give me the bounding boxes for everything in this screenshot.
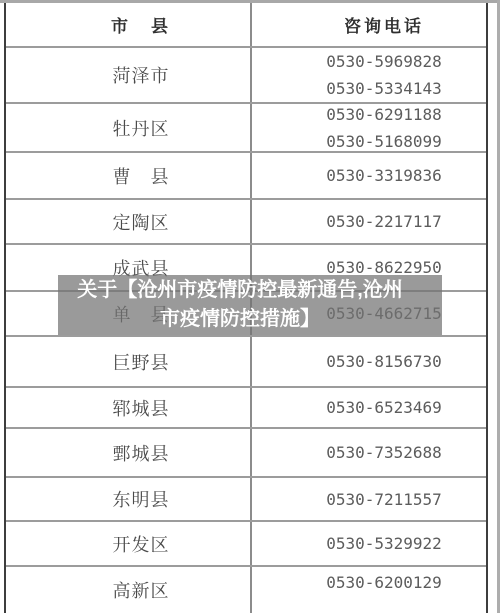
phone-numbers: 0530-3319836: [252, 153, 486, 198]
table-row: 高新区0530-6200129: [6, 567, 486, 613]
phone-number: 0530-8156730: [326, 348, 442, 375]
phone-numbers: 0530-7211557: [252, 478, 486, 520]
phone-number: 0530-5334143: [326, 75, 442, 102]
table-header-row: 市 县 咨询电话: [6, 3, 486, 48]
county-name: 菏泽市: [6, 48, 252, 102]
phone-numbers: 0530-59698280530-5334143: [252, 48, 486, 102]
phone-number: 0530-5168099: [326, 128, 442, 155]
phone-number: 0530-7211557: [326, 486, 442, 513]
phone-numbers: 0530-2217117: [252, 200, 486, 243]
county-name: 东明县: [6, 478, 252, 520]
table-row: 牡丹区0530-62911880530-5168099: [6, 104, 486, 153]
table-row: 东明县0530-7211557: [6, 478, 486, 522]
county-name: 郓城县: [6, 388, 252, 427]
county-name: 巨野县: [6, 337, 252, 386]
county-name: 鄄城县: [6, 429, 252, 476]
caption-line-1: 关于【沧州市疫情防控最新通告,沧州: [77, 276, 403, 305]
phone-number: 0530-2217117: [326, 208, 442, 235]
phone-numbers: 0530-62911880530-5168099: [252, 104, 486, 151]
table-row: 巨野县0530-8156730: [6, 337, 486, 388]
county-name: 曹 县: [6, 153, 252, 198]
phone-numbers: 0530-5329922: [252, 522, 486, 565]
table-row: 鄄城县0530-7352688: [6, 429, 486, 478]
table-row: 曹 县0530-3319836: [6, 153, 486, 200]
county-name: 高新区: [6, 567, 252, 613]
phone-number: 0530-6200129: [326, 569, 442, 596]
table-row: 菏泽市0530-59698280530-5334143: [6, 48, 486, 104]
phone-numbers: 0530-8156730: [252, 337, 486, 386]
phone-number: 0530-6523469: [326, 394, 442, 421]
caption-overlay: 关于【沧州市疫情防控最新通告,沧州 市疫情防控措施】: [58, 275, 442, 335]
table-row: 郓城县0530-6523469: [6, 388, 486, 429]
caption-line-2: 市疫情防控措施】: [160, 305, 320, 334]
page: 市 县 咨询电话 菏泽市0530-59698280530-5334143牡丹区0…: [0, 0, 500, 613]
phone-number: 0530-5329922: [326, 530, 442, 557]
header-phone: 咨询电话: [252, 3, 486, 46]
header-county: 市 县: [6, 3, 252, 46]
phone-number: 0530-3319836: [326, 162, 442, 189]
phone-number: 0530-6291188: [326, 101, 442, 128]
county-name: 牡丹区: [6, 104, 252, 151]
county-name: 开发区: [6, 522, 252, 565]
phone-numbers: 0530-6200129: [252, 567, 486, 613]
county-name: 定陶区: [6, 200, 252, 243]
phone-numbers: 0530-6523469: [252, 388, 486, 427]
table-row: 定陶区0530-2217117: [6, 200, 486, 245]
phone-number: 0530-7352688: [326, 439, 442, 466]
phone-number: 0530-5969828: [326, 48, 442, 75]
table-row: 开发区0530-5329922: [6, 522, 486, 567]
phone-numbers: 0530-7352688: [252, 429, 486, 476]
